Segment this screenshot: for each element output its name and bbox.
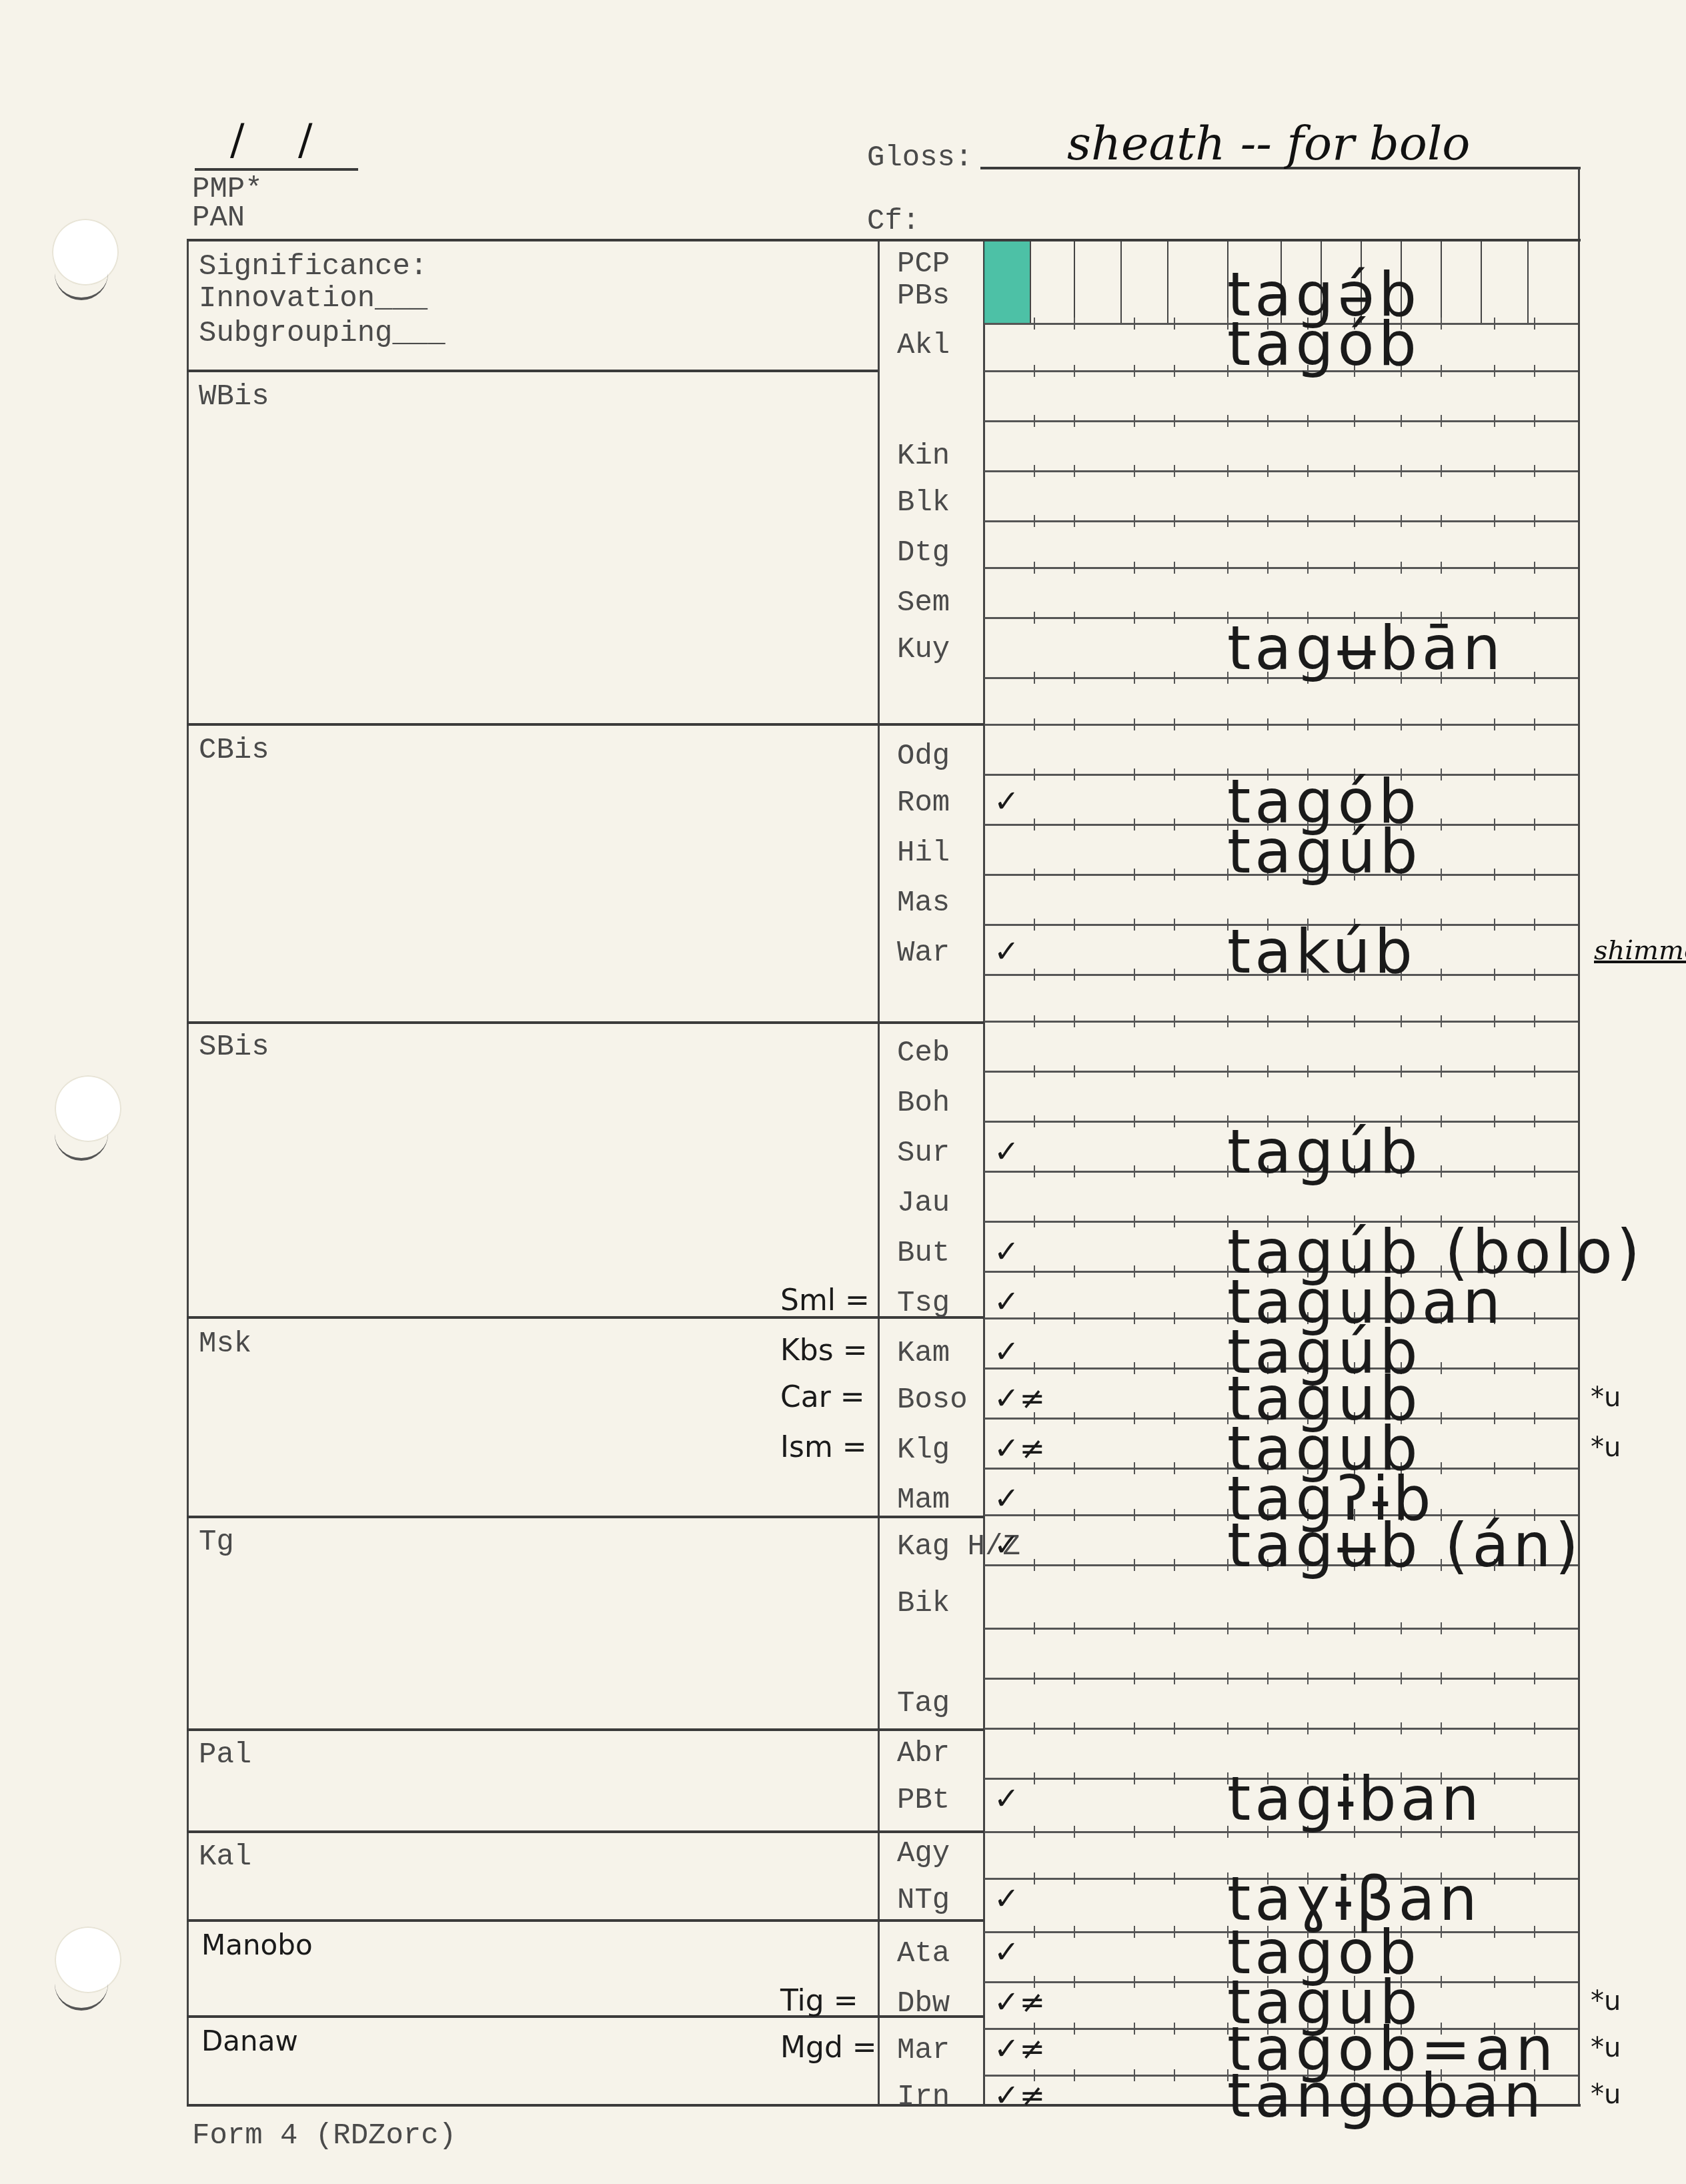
language-row: TsgSml =✓taguban bbox=[0, 1281, 1686, 1321]
cf-label: Cf: bbox=[867, 207, 920, 236]
grid-tick bbox=[1267, 415, 1269, 427]
language-code: Kin bbox=[897, 442, 950, 471]
reflex-form[interactable]: takúb bbox=[1227, 923, 1417, 983]
check-mark[interactable]: ✓ bbox=[994, 1937, 1020, 1967]
grid-tick bbox=[1074, 672, 1075, 684]
grid-tick bbox=[1034, 415, 1035, 427]
language-code: Kuy bbox=[897, 635, 950, 664]
grid-tick bbox=[1534, 365, 1535, 377]
grid-tick bbox=[1034, 672, 1035, 684]
grid-tick bbox=[1174, 1622, 1175, 1634]
language-code: Bik bbox=[897, 1589, 950, 1618]
grid-tick bbox=[1494, 1015, 1495, 1027]
check-mark[interactable]: ✓ bbox=[994, 1236, 1020, 1267]
grid-tick bbox=[1307, 1015, 1309, 1027]
grid-tick bbox=[1307, 718, 1309, 730]
grid-tick bbox=[1354, 415, 1355, 427]
check-mark[interactable]: ✓ bbox=[994, 1483, 1020, 1514]
pmp-label: PMP* bbox=[192, 175, 263, 204]
language-code: Dbw bbox=[897, 1989, 950, 2019]
language-row: Kag H/Z✓tagʉb (án) bbox=[0, 1524, 1686, 1564]
cognate-prefix: Kbs = bbox=[780, 1336, 868, 1366]
language-code: Odg bbox=[897, 742, 950, 771]
cognate-prefix: Sml = bbox=[780, 1286, 870, 1315]
check-mark[interactable]: ✓ bbox=[994, 936, 1020, 967]
cognate-prefix: Ism = bbox=[780, 1433, 867, 1462]
language-row: Dtg bbox=[0, 530, 1686, 570]
grid-tick bbox=[1401, 1015, 1402, 1027]
grid-tick bbox=[1134, 415, 1135, 427]
grid-tick bbox=[1494, 415, 1495, 427]
language-code: Hil bbox=[897, 839, 950, 868]
date-mark: / / bbox=[230, 119, 332, 161]
reflex-form[interactable]: tagúb bbox=[1227, 1123, 1422, 1183]
language-row: KlgIsm =✓≠tagub*u bbox=[0, 1428, 1686, 1468]
grid-tick bbox=[1441, 415, 1442, 427]
language-row: Kin bbox=[0, 434, 1686, 474]
cognate-prefix: Mgd = bbox=[780, 2033, 877, 2063]
grid-tick bbox=[1034, 718, 1035, 730]
grid-tick bbox=[1354, 718, 1355, 730]
cognate-prefix: Car = bbox=[780, 1383, 865, 1412]
check-mark[interactable]: ✓ bbox=[994, 1336, 1020, 1367]
reflex-form[interactable]: tagʉb (án) bbox=[1227, 1516, 1583, 1576]
language-code: Tag bbox=[897, 1689, 950, 1718]
grid-tick bbox=[1441, 718, 1442, 730]
grid-tick bbox=[1267, 718, 1269, 730]
grid-tick bbox=[1441, 365, 1442, 377]
grid-tick bbox=[1227, 1015, 1228, 1027]
grid-tick bbox=[1134, 1622, 1135, 1634]
grid-tick bbox=[1401, 1622, 1402, 1634]
language-row: Ata✓tagob bbox=[0, 1931, 1686, 1971]
language-code: PBs bbox=[897, 282, 950, 311]
language-row: Mas bbox=[0, 881, 1686, 921]
language-code: Sem bbox=[897, 588, 950, 618]
grid-tick bbox=[1174, 365, 1175, 377]
grid-tick bbox=[1074, 1015, 1075, 1027]
grid-tick bbox=[1401, 718, 1402, 730]
reflex-form[interactable]: tagób bbox=[1227, 315, 1421, 375]
language-code: Dtg bbox=[897, 538, 950, 568]
language-code: Ata bbox=[897, 1939, 950, 1969]
grid-tick bbox=[1494, 365, 1495, 377]
language-row: Bik bbox=[0, 1581, 1686, 1621]
language-code: Abr bbox=[897, 1739, 950, 1768]
language-row: NTg✓taɣɨβan bbox=[0, 1878, 1686, 1918]
grid-tick bbox=[1441, 1015, 1442, 1027]
check-mark[interactable]: ✓≠ bbox=[994, 2080, 1045, 2111]
language-code: Irn bbox=[897, 2083, 950, 2112]
language-code: Blk bbox=[897, 488, 950, 518]
language-row: BosoCar =✓≠tagub*u bbox=[0, 1378, 1686, 1418]
grid-tick bbox=[1227, 718, 1228, 730]
language-row: Akltagób bbox=[0, 323, 1686, 363]
grid-tick bbox=[1534, 1015, 1535, 1027]
grid-tick bbox=[1307, 1622, 1309, 1634]
group-divider bbox=[187, 1021, 984, 1024]
grid-tick bbox=[1174, 1015, 1175, 1027]
language-row: Hiltagúb bbox=[0, 831, 1686, 871]
row-note: *u bbox=[1591, 1988, 1621, 2015]
grid-tick bbox=[1494, 718, 1495, 730]
check-mark[interactable]: ✓ bbox=[994, 786, 1020, 816]
grid-tick bbox=[1074, 1622, 1075, 1634]
grid-tick bbox=[1494, 1622, 1495, 1634]
date-underline bbox=[195, 168, 358, 171]
language-row: Ceb bbox=[0, 1031, 1686, 1071]
grid-tick bbox=[1354, 1622, 1355, 1634]
language-code: Agy bbox=[897, 1839, 950, 1868]
grid-tick bbox=[1174, 415, 1175, 427]
language-code: Mam bbox=[897, 1486, 950, 1515]
language-row: Kuytagʉbān bbox=[0, 627, 1686, 667]
grid-tick bbox=[1074, 415, 1075, 427]
language-row: Jau bbox=[0, 1181, 1686, 1221]
reflex-form[interactable]: tangoban bbox=[1227, 2067, 1545, 2127]
language-code: War bbox=[897, 939, 950, 968]
row-note: shimme bbox=[1594, 937, 1686, 964]
check-mark[interactable]: ✓≠ bbox=[994, 1383, 1045, 1414]
row-note: *u bbox=[1591, 1434, 1621, 1461]
grid-tick bbox=[1534, 1622, 1535, 1634]
grid-tick bbox=[1034, 365, 1035, 377]
language-row: PBt✓tagɨban bbox=[0, 1778, 1686, 1818]
check-mark[interactable]: ✓≠ bbox=[994, 1433, 1045, 1464]
grid-tick bbox=[1134, 672, 1135, 684]
grid-tick bbox=[1034, 1015, 1035, 1027]
reflex-form[interactable]: tagɨban bbox=[1227, 1770, 1483, 1830]
grid-tick bbox=[1174, 718, 1175, 730]
reflex-form[interactable]: tagúb bbox=[1227, 823, 1422, 883]
language-code: Jau bbox=[897, 1189, 950, 1218]
check-mark[interactable]: ✓ bbox=[994, 1286, 1020, 1317]
language-row: Boh bbox=[0, 1081, 1686, 1121]
check-mark[interactable]: ✓ bbox=[994, 1136, 1020, 1167]
significance-divider bbox=[187, 370, 878, 372]
language-row: Rom✓tagób bbox=[0, 780, 1686, 821]
grid-tick bbox=[1227, 415, 1228, 427]
language-row: Odg bbox=[0, 734, 1686, 774]
gloss-label: Gloss: bbox=[867, 143, 972, 173]
language-code: PBt bbox=[897, 1786, 950, 1815]
language-row: KamKbs =✓tagúb bbox=[0, 1331, 1686, 1371]
group-label: WBis bbox=[199, 382, 269, 412]
language-row: Tag bbox=[0, 1681, 1686, 1721]
language-row: PBstagə́b bbox=[0, 274, 1686, 314]
language-code: Mar bbox=[897, 2036, 950, 2065]
language-code: NTg bbox=[897, 1886, 950, 1915]
language-row: Sur✓tagúb bbox=[0, 1131, 1686, 1171]
form-footer: Form 4 (RDZorc) bbox=[192, 2121, 456, 2151]
grid-tick bbox=[1074, 718, 1075, 730]
check-mark[interactable]: ✓ bbox=[994, 1783, 1020, 1814]
language-code: Kam bbox=[897, 1339, 950, 1368]
grid-tick bbox=[1534, 672, 1535, 684]
grid-tick bbox=[1074, 365, 1075, 377]
grid-tick bbox=[1534, 718, 1535, 730]
grid-tick bbox=[1307, 415, 1309, 427]
language-row: Irn✓≠tangoban*u bbox=[0, 2075, 1686, 2115]
group-divider bbox=[187, 1919, 984, 1922]
check-mark[interactable]: ✓ bbox=[994, 1530, 1020, 1560]
language-code: Boh bbox=[897, 1089, 950, 1118]
grid-tick bbox=[1401, 415, 1402, 427]
cognate-prefix: Tig = bbox=[780, 1987, 858, 2016]
row-note: *u bbox=[1591, 1384, 1621, 1411]
check-mark[interactable]: ✓≠ bbox=[994, 1987, 1045, 2017]
pan-label: PAN bbox=[192, 203, 245, 233]
language-row: War✓takúbshimme bbox=[0, 931, 1686, 971]
check-mark[interactable]: ✓≠ bbox=[994, 2033, 1045, 2064]
group-divider bbox=[187, 723, 984, 726]
language-code: Sur bbox=[897, 1139, 950, 1168]
gloss-value[interactable]: sheath -- for bolo bbox=[1067, 120, 1470, 167]
language-code: Akl bbox=[897, 331, 950, 360]
grid-tick bbox=[1267, 1622, 1269, 1634]
language-code: Rom bbox=[897, 788, 950, 818]
language-code: Mas bbox=[897, 889, 950, 918]
reflex-form[interactable]: tagʉbān bbox=[1227, 619, 1505, 679]
language-code: Klg bbox=[897, 1436, 950, 1465]
grid-tick bbox=[1534, 415, 1535, 427]
grid-tick bbox=[1134, 718, 1135, 730]
row-note: *u bbox=[1591, 2035, 1621, 2061]
grid-tick bbox=[1354, 1015, 1355, 1027]
language-row: But✓tagúb (bolo) bbox=[0, 1231, 1686, 1271]
grid-tick bbox=[1227, 1622, 1228, 1634]
language-code: But bbox=[897, 1239, 950, 1268]
grid-tick bbox=[1174, 672, 1175, 684]
grid-tick bbox=[1441, 1622, 1442, 1634]
language-code: Tsg bbox=[897, 1289, 950, 1318]
language-code: Ceb bbox=[897, 1039, 950, 1068]
grid-tick bbox=[1034, 1622, 1035, 1634]
check-mark[interactable]: ✓ bbox=[994, 1883, 1020, 1914]
language-code: Boso bbox=[897, 1386, 968, 1415]
row-note: *u bbox=[1591, 2081, 1621, 2108]
grid-tick bbox=[1134, 365, 1135, 377]
language-row: Blk bbox=[0, 480, 1686, 520]
grid-tick bbox=[1267, 1015, 1269, 1027]
grid-tick bbox=[1134, 1015, 1135, 1027]
